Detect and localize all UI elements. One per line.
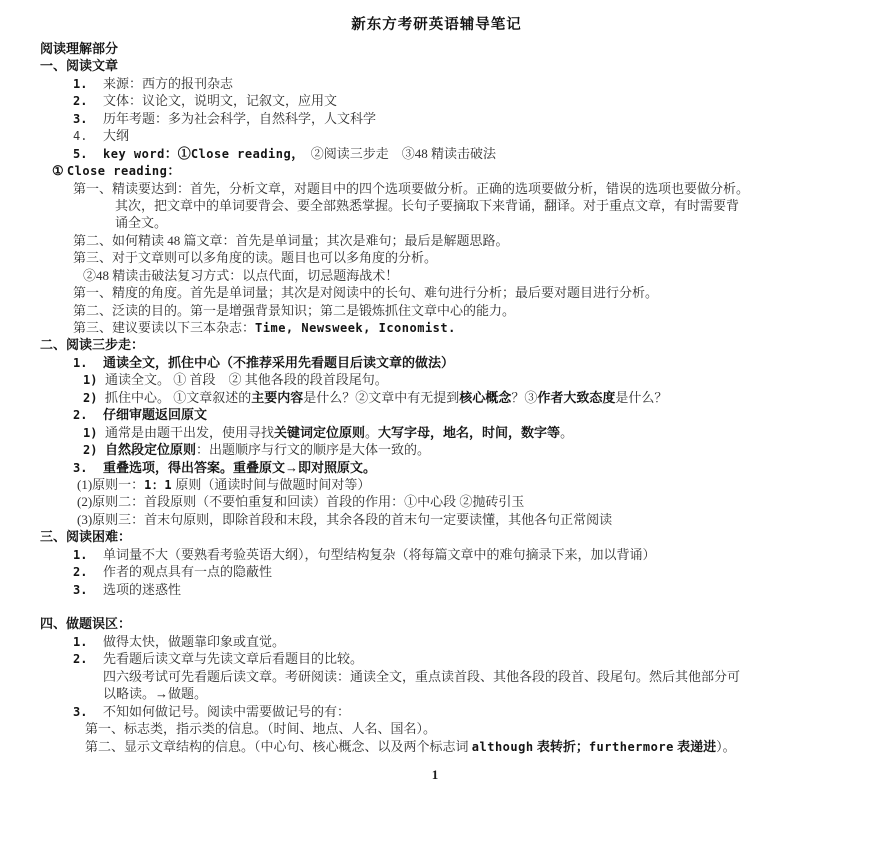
text-segment: 四、做题误区： <box>40 616 131 631</box>
text-line: 4.大纲 <box>40 127 833 144</box>
list-number: 1) <box>83 425 105 442</box>
text-line: 3.不知如何做记号。阅读中需要做记号的有： <box>40 703 833 720</box>
text-segment: 表转折； <box>537 739 589 754</box>
text-segment: ②阅读三步走 ③48 精读击破法 <box>298 146 496 161</box>
text-line: 3.重叠选项，得出答案。重叠原文→即对照原文。 <box>40 459 833 476</box>
text-segment: 表递进 <box>677 739 716 754</box>
text-segment: ②48 精读击破法复习方式：以点代面，切忌题海战术！ <box>83 268 398 283</box>
document-content: 新东方考研英语辅导笔记 阅读理解部分一、阅读文章1.来源：西方的报刊杂志2.文体… <box>40 14 833 755</box>
text-line: 诵全文。 <box>40 214 833 231</box>
list-number: 5. <box>73 146 103 163</box>
text-line: 一、阅读文章 <box>40 57 833 74</box>
text-segment: 重叠选项，得出答案。重叠原文→即对照原文。 <box>103 460 376 475</box>
list-number: 2) <box>83 442 105 459</box>
text-line: (2)原则二：首段原则（不要怕重复和回读）首段的作用：①中心段 ②抛砖引玉 <box>40 493 833 510</box>
text-segment: 核心概念 <box>459 390 511 405</box>
list-number: 2. <box>73 407 103 424</box>
text-segment: 做得太快，做题靠印象或直觉。 <box>103 634 285 649</box>
text-segment: ？③ <box>511 390 537 405</box>
text-segment: 诵全文。 <box>115 215 167 230</box>
list-number: 3. <box>73 111 103 128</box>
text-segment: 第一、标志类，指示类的信息。（时间、地点、人名、国名）。 <box>85 721 436 736</box>
list-number: 3. <box>73 704 103 721</box>
text-line: 2.仔细审题返回原文 <box>40 406 833 423</box>
text-segment: 是什么？ <box>615 390 667 405</box>
text-segment: Close reading <box>191 147 291 161</box>
list-number: 1. <box>73 355 103 372</box>
list-number: 1. <box>73 76 103 93</box>
text-segment: 单词量不大（要熟看考验英语大纲），句型结构复杂（将每篇文章中的难句摘录下来，加以… <box>103 547 656 562</box>
text-line: 第一、标志类，指示类的信息。（时间、地点、人名、国名）。 <box>40 720 833 737</box>
text-line: 阅读理解部分 <box>40 40 833 57</box>
text-line: 1.做得太快，做题靠印象或直觉。 <box>40 633 833 650</box>
text-line: 2.文体：议论文，说明文，记叙文，应用文 <box>40 92 833 109</box>
list-number: 2. <box>73 651 103 668</box>
text-segment: key word <box>103 147 165 161</box>
text-segment: 作者的观点具有一点的隐蔽性 <box>103 564 272 579</box>
text-segment: 以略读。 <box>103 686 155 701</box>
text-segment: 三、阅读困难： <box>40 529 131 544</box>
text-segment: (2)原则二：首段原则（不要怕重复和回读）首段的作用：①中心段 ②抛砖引玉 <box>77 494 524 509</box>
text-segment: 先看题后读文章与先读文章后看题目的比较。 <box>103 651 363 666</box>
text-segment: 来源：西方的报刊杂志 <box>103 76 233 91</box>
text-segment: 文体：议论文，说明文，记叙文，应用文 <box>103 93 337 108</box>
text-segment: 第一、精读要达到：首先，分析文章，对题目中的四个选项要做分析。正确的选项要做分析… <box>73 181 749 196</box>
text-line: 2.先看题后读文章与先读文章后看题目的比较。 <box>40 650 833 667</box>
text-segment: 一、阅读文章 <box>40 58 118 73</box>
text-segment: 是什么？②文章中有无提到 <box>303 390 459 405</box>
list-number: 2. <box>73 93 103 110</box>
text-segment: 第三、对于文章则可以多角度的读。题目也可以多角度的分析。 <box>73 250 437 265</box>
text-segment: 。 <box>560 425 573 440</box>
text-line: 第三、对于文章则可以多角度的读。题目也可以多角度的分析。 <box>40 249 833 266</box>
text-line: 其次，把文章中的单词要背会、要全部熟悉掌握。长句子要摘取下来背诵，翻译。对于重点… <box>40 197 833 214</box>
text-line: 第一、精读要达到：首先，分析文章，对题目中的四个选项要做分析。正确的选项要做分析… <box>40 180 833 197</box>
list-number: 3. <box>73 460 103 477</box>
text-line: 2)抓住中心。 ①文章叙述的主要内容是什么？②文章中有无提到核心概念？③作者大致… <box>40 389 833 406</box>
text-segment: 关键词定位原则 <box>274 425 365 440</box>
document-body: 阅读理解部分一、阅读文章1.来源：西方的报刊杂志2.文体：议论文，说明文，记叙文… <box>40 40 833 755</box>
text-segment: 抓住中心。 ①文章叙述的 <box>105 390 251 405</box>
text-line: 二、阅读三步走： <box>40 336 833 353</box>
text-line: 1.通读全文，抓住中心（不推荐采用先看题目后读文章的做法） <box>40 354 833 371</box>
text-line: 第三、建议要读以下三本杂志：Time, Newsweek, Iconomist. <box>40 319 833 336</box>
blank-line <box>40 598 833 615</box>
text-line: 3.历年考题：多为社会科学，自然科学，人文科学 <box>40 110 833 127</box>
text-segment: (3)原则三：首末句原则，即除首段和末段，其余各段的首末句一定要读懂，其他各句正… <box>77 512 612 527</box>
text-segment: 阅读理解部分 <box>40 41 118 56</box>
text-line: ②48 精读击破法复习方式：以点代面，切忌题海战术！ <box>40 267 833 284</box>
text-line: 以略读。→做题。 <box>40 685 833 702</box>
text-segment: 通读全文，抓住中心（不推荐采用先看题目后读文章的做法） <box>103 355 454 370</box>
text-line: 三、阅读困难： <box>40 528 833 545</box>
text-segment: 自然段定位原则 <box>105 442 196 457</box>
list-number: 1) <box>83 372 105 389</box>
text-segment: 大写字母，地名，时间，数字等 <box>378 425 560 440</box>
list-number: 2. <box>73 564 103 581</box>
text-segment: 做题。 <box>168 686 207 701</box>
text-segment: 选项的迷惑性 <box>103 582 181 597</box>
text-segment: 主要内容 <box>251 390 303 405</box>
text-line: 1)通常是由题干出发，使用寻找关键词定位原则。大写字母，地名，时间，数字等。 <box>40 424 833 441</box>
text-line: ① Close reading： <box>40 162 833 179</box>
page-number: 1 <box>0 767 870 783</box>
text-segment: Time, Newsweek, Iconomist. <box>255 321 456 335</box>
text-line: 2)自然段定位原则：出题顺序与行文的顺序是大体一致的。 <box>40 441 833 458</box>
text-segment: 不知如何做记号。阅读中需要做记号的有： <box>103 704 350 719</box>
text-segment: ： <box>167 163 180 178</box>
text-line: 1)通读全文。 ① 首段 ② 其他各段的段首段尾句。 <box>40 371 833 388</box>
text-segment: ：出题顺序与行文的顺序是大体一致的。 <box>196 442 430 457</box>
text-line: 3.选项的迷惑性 <box>40 581 833 598</box>
list-number: 4. <box>73 128 103 145</box>
text-line: 1.单词量不大（要熟看考验英语大纲），句型结构复杂（将每篇文章中的难句摘录下来，… <box>40 546 833 563</box>
text-line: (3)原则三：首末句原则，即除首段和末段，其余各段的首末句一定要读懂，其他各句正… <box>40 511 833 528</box>
text-line: 5.key word：①Close reading， ②阅读三步走 ③48 精读… <box>40 145 833 162</box>
text-segment: furthermore <box>589 740 674 754</box>
text-line: 第二、泛读的目的。第一是增强背景知识；第二是锻炼抓住文章中心的能力。 <box>40 302 833 319</box>
document-page: 新东方考研英语辅导笔记 阅读理解部分一、阅读文章1.来源：西方的报刊杂志2.文体… <box>0 0 870 842</box>
text-line: 第二、如何精读 48 篇文章：首先是单词量；其次是难句；最后是解题思路。 <box>40 232 833 249</box>
text-line: 第一、精度的角度。首先是单词量；其次是对阅读中的长句、难句进行分析；最后要对题目… <box>40 284 833 301</box>
text-line: 四、做题误区： <box>40 615 833 632</box>
text-segment: 历年考题：多为社会科学，自然科学，人文科学 <box>103 111 376 126</box>
text-segment: Close reading <box>67 164 167 178</box>
text-segment: ）。 <box>716 739 736 754</box>
text-segment: 。 <box>365 425 378 440</box>
text-segment: 大纲 <box>103 128 129 143</box>
text-line: (1)原则一：1：1 原则（通读时间与做题时间对等） <box>40 476 833 493</box>
text-line: 1.来源：西方的报刊杂志 <box>40 75 833 92</box>
text-segment: 第三、建议要读以下三本杂志： <box>73 320 255 335</box>
list-number: 3. <box>73 582 103 599</box>
text-segment: 第二、显示文章结构的信息。（中心句、核心概念、以及两个标志词 <box>85 739 472 754</box>
text-segment: 第二、泛读的目的。第一是增强背景知识；第二是锻炼抓住文章中心的能力。 <box>73 303 515 318</box>
text-segment: 四六级考试可先看题后读文章。考研阅读：通读全文，重点读首段、其他各段的段首、段尾… <box>103 669 740 684</box>
text-segment: ① <box>52 163 67 178</box>
text-segment: 通读全文。 ① 首段 ② 其他各段的段首段尾句。 <box>105 372 388 387</box>
text-line: 四六级考试可先看题后读文章。考研阅读：通读全文，重点读首段、其他各段的段首、段尾… <box>40 668 833 685</box>
text-segment: 第一、精度的角度。首先是单词量；其次是对阅读中的长句、难句进行分析；最后要对题目… <box>73 285 658 300</box>
list-number: 1. <box>73 634 103 651</box>
text-line: 2.作者的观点具有一点的隐蔽性 <box>40 563 833 580</box>
text-segment: 二、阅读三步走： <box>40 337 144 352</box>
text-line: 第二、显示文章结构的信息。（中心句、核心概念、以及两个标志词 although … <box>40 738 833 755</box>
text-segment: 原则（通读时间与做题时间对等） <box>172 477 370 492</box>
text-segment: ：① <box>165 146 191 161</box>
text-segment: 通常是由题干出发，使用寻找 <box>105 425 274 440</box>
text-segment: → <box>155 686 168 701</box>
text-segment: (1)原则一： <box>77 477 144 492</box>
page-title: 新东方考研英语辅导笔记 <box>40 14 833 40</box>
text-segment: although <box>472 740 534 754</box>
text-segment: 其次，把文章中的单词要背会、要全部熟悉掌握。长句子要摘取下来背诵，翻译。对于重点… <box>115 198 739 213</box>
text-segment: 仔细审题返回原文 <box>103 407 207 422</box>
list-number: 1. <box>73 547 103 564</box>
text-segment: 作者大致态度 <box>537 390 615 405</box>
list-number: 2) <box>83 390 105 407</box>
text-segment: 1：1 <box>144 478 172 492</box>
text-segment: 第二、如何精读 48 篇文章：首先是单词量；其次是难句；最后是解题思路。 <box>73 233 509 248</box>
